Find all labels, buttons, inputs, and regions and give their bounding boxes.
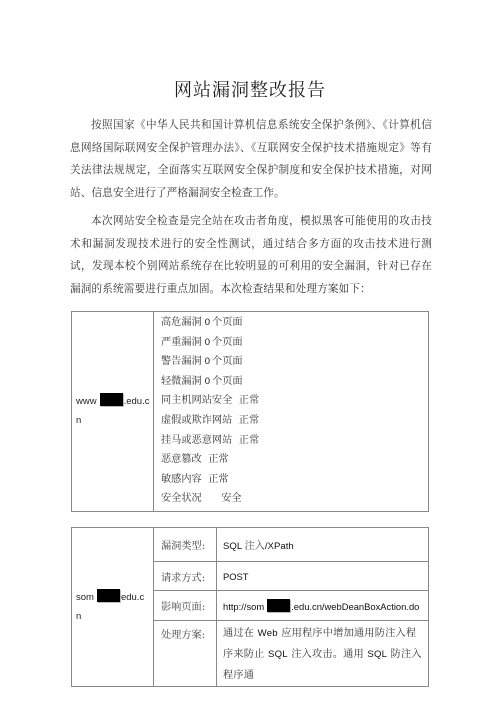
item-label: 挂马或恶意网站 — [161, 435, 232, 446]
item-label: 虚假或欺诈网站 — [161, 415, 232, 426]
item-unit: 个页面 — [212, 356, 243, 367]
item-label: 严重漏洞 — [161, 337, 202, 348]
item-label: 安全状况 — [161, 493, 202, 504]
vulnerability-table: somedu.c n 漏洞类型: SQL 注入/XPath 请求方式: POST… — [71, 527, 429, 687]
vuln-type-injection: 注入 — [245, 541, 265, 552]
site-suffix-wrap: n — [76, 611, 81, 622]
item-unit: 个页面 — [212, 317, 243, 328]
site-suffix: .edu.c — [124, 396, 150, 407]
scan-result-table: www.edu.c n 高危漏洞0个页面 严重漏洞0个页面 警告漏洞0个页面 轻… — [71, 311, 429, 512]
url-suffix: .edu.cn/webDeanBoxAction.do — [291, 601, 419, 612]
site-prefix: som — [76, 592, 94, 603]
item-label: 恶意篡改 — [161, 454, 202, 465]
redacted-block — [100, 393, 123, 406]
vuln-type-sql: SQL — [223, 541, 245, 552]
affected-page-value: http://som.edu.cn/webDeanBoxAction.do — [217, 591, 429, 621]
solution-value: 通过在 Web 应用程序中增加通用防注入程序来防止 SQL 注入攻击。通用 SQ… — [217, 621, 429, 687]
redacted-block — [97, 589, 120, 602]
vuln-type-xpath: /XPath — [265, 541, 294, 552]
site-cell: www.edu.c n — [72, 312, 154, 512]
item-label: 高危漏洞 — [161, 317, 202, 328]
request-method-label: 请求方式: — [154, 562, 217, 591]
site-cell: somedu.c n — [72, 528, 154, 687]
item-status: 正常 — [239, 415, 259, 426]
site-prefix: www — [76, 396, 97, 407]
item-status: 正常 — [239, 395, 259, 406]
item-count: 0 — [205, 317, 210, 328]
scan-item: 高危漏洞0个页面 — [161, 313, 422, 333]
scan-item: 轻微漏洞0个页面 — [161, 372, 422, 392]
affected-page-label: 影响页面: — [154, 591, 217, 621]
item-status: 正常 — [239, 435, 259, 446]
scan-item: 严重漏洞0个页面 — [161, 333, 422, 353]
scan-item: 安全状况 安全 — [161, 489, 422, 509]
url-prefix: http://som — [223, 601, 264, 612]
solution-label: 处理方案: — [154, 621, 217, 687]
item-count: 0 — [205, 376, 210, 387]
item-label: 敏感内容 — [161, 474, 202, 485]
item-label: 轻微漏洞 — [161, 376, 202, 387]
solution-web: Web — [258, 628, 278, 639]
item-unit: 个页面 — [212, 376, 243, 387]
item-status: 安全 — [221, 493, 241, 504]
scan-item: 敏感内容 正常 — [161, 470, 422, 490]
scope-paragraph: 本次网站安全检查是完全站在攻击者角度，模拟黑客可能使用的攻击技术和漏洞发现技术进… — [70, 210, 432, 300]
item-status: 正常 — [208, 474, 228, 485]
scan-result-row: www.edu.c n 高危漏洞0个页面 严重漏洞0个页面 警告漏洞0个页面 轻… — [72, 312, 429, 512]
scan-item: 虚假或欺诈网站 正常 — [161, 411, 422, 431]
site-suffix: edu.c — [121, 592, 144, 603]
item-status: 正常 — [208, 454, 228, 465]
solution-text: 通过在 — [223, 628, 258, 639]
scan-items-cell: 高危漏洞0个页面 严重漏洞0个页面 警告漏洞0个页面 轻微漏洞0个页面 同主机网… — [154, 312, 429, 512]
scan-item: 恶意篡改 正常 — [161, 450, 422, 470]
vuln-type-value: SQL 注入/XPath — [217, 528, 429, 562]
scan-item: 挂马或恶意网站 正常 — [161, 431, 422, 451]
site-suffix-wrap: n — [76, 415, 81, 426]
item-unit: 个页面 — [212, 337, 243, 348]
intro-paragraph: 按照国家《中华人民共和国计算机信息系统安全保护条例》、《计算机信息网络国际联网安… — [70, 114, 432, 204]
solution-text: 注入攻击。通用 — [288, 649, 368, 660]
redacted-block — [267, 599, 290, 612]
solution-sql: SQL — [268, 649, 288, 660]
request-method-value: POST — [217, 562, 429, 591]
item-count: 0 — [205, 356, 210, 367]
document-title: 网站漏洞整改报告 — [0, 76, 500, 102]
item-label: 警告漏洞 — [161, 356, 202, 367]
item-count: 0 — [205, 337, 210, 348]
scan-item: 同主机网站安全 正常 — [161, 391, 422, 411]
vuln-type-label: 漏洞类型: — [154, 528, 217, 562]
vuln-row-type: somedu.c n 漏洞类型: SQL 注入/XPath — [72, 528, 429, 562]
scan-item: 警告漏洞0个页面 — [161, 352, 422, 372]
solution-sql: SQL — [367, 649, 387, 660]
item-label: 同主机网站安全 — [161, 395, 232, 406]
